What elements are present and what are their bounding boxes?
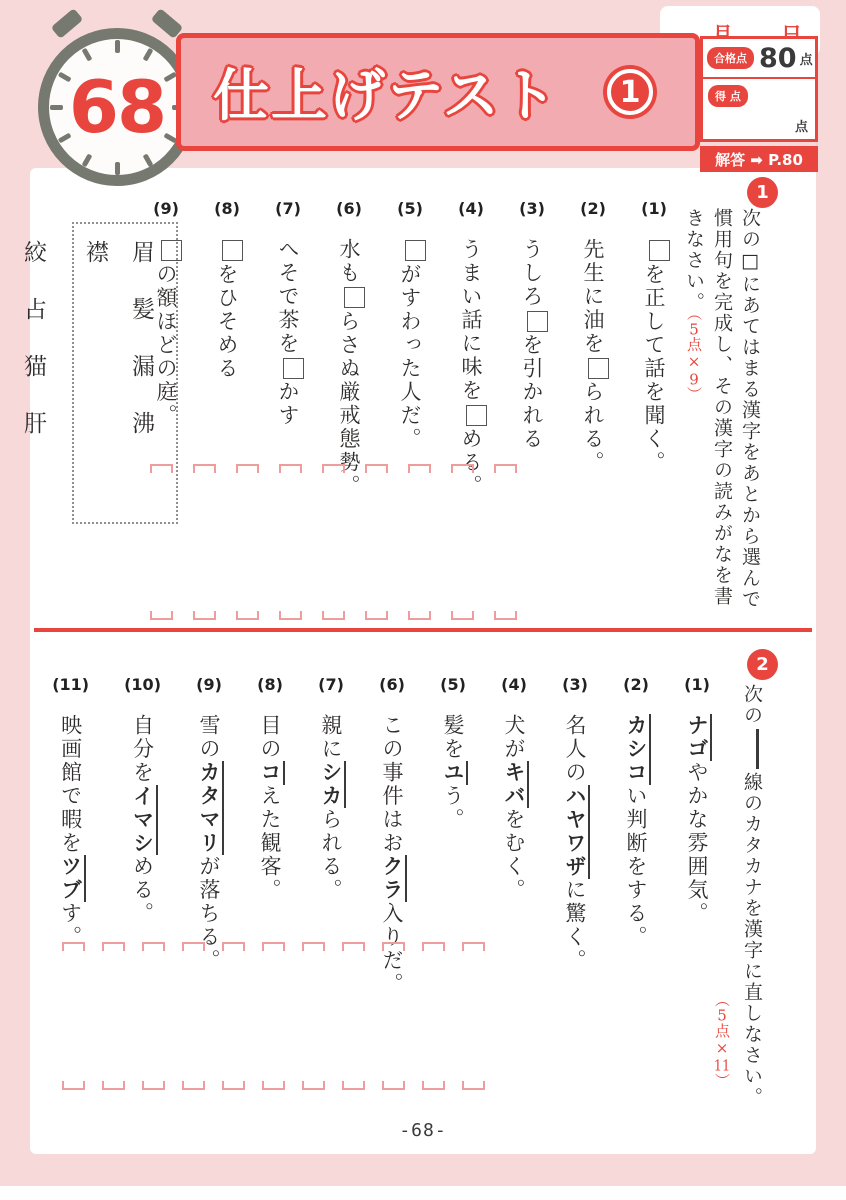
katakana-emphasis: ハヤワザ	[563, 785, 590, 879]
question-text: うまい話に味をめる。	[459, 238, 483, 498]
answer-cell	[150, 464, 173, 620]
answer-cell	[365, 464, 388, 620]
pass-score-value: 80	[759, 43, 797, 74]
question-number: (1)	[641, 196, 667, 222]
question-number: (7)	[318, 672, 344, 698]
question-number: (6)	[379, 672, 405, 698]
question-number: (6)	[336, 196, 362, 222]
blank-box	[222, 240, 243, 261]
question-number: (5)	[397, 196, 423, 222]
question-text: をむく。	[502, 808, 526, 902]
question-item: (2)カシコい判断をする。	[623, 672, 649, 1112]
question-item: (2)先生に油をられる。	[580, 196, 609, 628]
answer-cell	[193, 464, 216, 620]
my-score-unit: 点	[795, 116, 808, 135]
section2-instruction: 次の線のカタカナを漢字に直しなさい。	[730, 684, 766, 1162]
lesson-number: 68	[38, 28, 196, 186]
blank-box	[649, 240, 670, 261]
section1-points: （5点×9）	[685, 313, 703, 403]
question-number: (2)	[623, 672, 649, 698]
katakana-emphasis: ナゴ	[685, 714, 712, 761]
answer-cell	[62, 942, 85, 1090]
blank-box	[344, 287, 365, 308]
question-text: う。	[441, 785, 465, 832]
answer-cell	[408, 464, 431, 620]
question-text: うしろを引かれる	[520, 238, 544, 451]
page-title: 仕上げテスト	[213, 52, 559, 132]
question-text: えた観客。	[258, 785, 282, 903]
answer-cell	[382, 942, 405, 1090]
question-text: へそで茶をかす	[276, 238, 300, 428]
dash-line	[756, 729, 759, 769]
question-text: 自分を	[131, 714, 155, 785]
question-item: (3)名人のハヤワザに驚く。	[562, 672, 588, 1112]
question-text: める。	[131, 855, 155, 926]
answer-cell	[462, 942, 485, 1090]
katakana-emphasis: クラ	[380, 855, 407, 902]
answer-cell	[422, 942, 445, 1090]
question-number: (1)	[684, 672, 710, 698]
question-text: 犬が	[502, 714, 526, 761]
answer-cell	[236, 464, 259, 620]
katakana-emphasis: イマシ	[131, 785, 158, 856]
question-item: (1)ナゴやかな雰囲気。	[684, 672, 710, 1112]
question-number: (9)	[153, 196, 179, 222]
question-text: 親に	[319, 714, 343, 761]
katakana-emphasis: ユ	[441, 761, 468, 785]
katakana-emphasis: シカ	[319, 761, 346, 808]
answer-cell	[302, 942, 325, 1090]
question-item: (4)犬がキバをむく。	[501, 672, 527, 1112]
blank-box	[283, 358, 304, 379]
pass-score-row: 合格点 80 点	[703, 39, 815, 79]
question-text: 雪の	[197, 714, 221, 761]
blank-box	[588, 358, 609, 379]
pass-score-label: 合格点	[707, 47, 754, 69]
question-text: に驚く。	[563, 879, 587, 973]
question-text: い判断をする。	[624, 785, 648, 950]
answer-cell	[279, 464, 302, 620]
question-text: をひそめる	[215, 238, 239, 381]
question-text: られる。	[319, 808, 343, 902]
kanji-bank-column2: 絞占猫肝	[10, 240, 56, 506]
question-number: (3)	[562, 672, 588, 698]
question-number: (8)	[214, 196, 240, 222]
answer-page-reference: 解答 ➡ P.80	[700, 146, 818, 172]
answer-cell	[322, 464, 345, 620]
question-text: この事件はお	[380, 714, 404, 855]
blank-box	[405, 240, 426, 261]
katakana-emphasis: カタマリ	[197, 761, 224, 855]
section-divider-line	[34, 628, 812, 632]
my-score-label: 得 点	[708, 85, 748, 107]
section2-answer-row	[62, 942, 485, 1090]
section2-instruction-post: 線のカタカナを漢字に直しなさい。	[741, 772, 763, 1108]
answer-cell	[182, 942, 205, 1090]
question-text: 名人の	[563, 714, 587, 785]
question-number: (4)	[458, 196, 484, 222]
blank-box	[466, 405, 487, 426]
answer-cell	[451, 464, 474, 620]
question-number: (5)	[440, 672, 466, 698]
answer-cell	[142, 942, 165, 1090]
question-text: 目の	[258, 714, 282, 761]
question-number: (4)	[501, 672, 527, 698]
question-number: (10)	[124, 672, 161, 698]
question-item: (1)を正して話を聞く。	[641, 196, 670, 628]
question-text: がすわった人だ。	[398, 238, 422, 451]
katakana-emphasis: カシコ	[624, 714, 651, 785]
question-text: 髪を	[441, 714, 465, 761]
answer-cell	[102, 942, 125, 1090]
katakana-emphasis: ツブ	[59, 855, 86, 902]
question-number: (7)	[275, 196, 301, 222]
section1-instruction: 次の□にあてはまる漢字をあとから選んで慣用句を完成し、その漢字の読みがなを書きな…	[676, 208, 764, 612]
my-score-row: 得 点 点	[703, 79, 815, 140]
section1-instruction-text: 次の□にあてはまる漢字をあとから選んで慣用句を完成し、その漢字の読みがなを書きな…	[683, 208, 761, 610]
question-number: (8)	[257, 672, 283, 698]
question-text: 先生に油をられる。	[581, 238, 605, 475]
question-text: やかな雰囲気。	[685, 761, 709, 926]
answer-cell	[262, 942, 285, 1090]
question-number: (2)	[580, 196, 606, 222]
question-number: (9)	[196, 672, 222, 698]
katakana-emphasis: キバ	[502, 761, 529, 808]
question-text: 映画館で暇を	[59, 714, 83, 855]
section1-answer-row	[150, 464, 517, 620]
answer-cell	[494, 464, 517, 620]
title-banner: 仕上げテスト 1	[176, 33, 700, 151]
question-item: (3)うしろを引かれる	[519, 196, 548, 628]
answer-cell	[222, 942, 245, 1090]
question-text: 水もらさぬ厳戒態勢。	[337, 238, 361, 498]
page-number: -68-	[0, 1120, 846, 1141]
answer-cell	[342, 942, 365, 1090]
section2-instruction-pre: 次の	[741, 684, 763, 726]
question-text: を正して話を聞く。	[642, 238, 666, 475]
section2-badge: 2	[747, 649, 778, 680]
pass-score-unit: 点	[800, 49, 813, 68]
section1-badge: 1	[747, 177, 778, 208]
question-number: (11)	[52, 672, 89, 698]
question-number: (3)	[519, 196, 545, 222]
title-number-badge: 1	[607, 69, 653, 115]
katakana-emphasis: コ	[258, 761, 285, 785]
blank-box	[527, 311, 548, 332]
score-box: 合格点 80 点 得 点 点	[700, 36, 818, 142]
